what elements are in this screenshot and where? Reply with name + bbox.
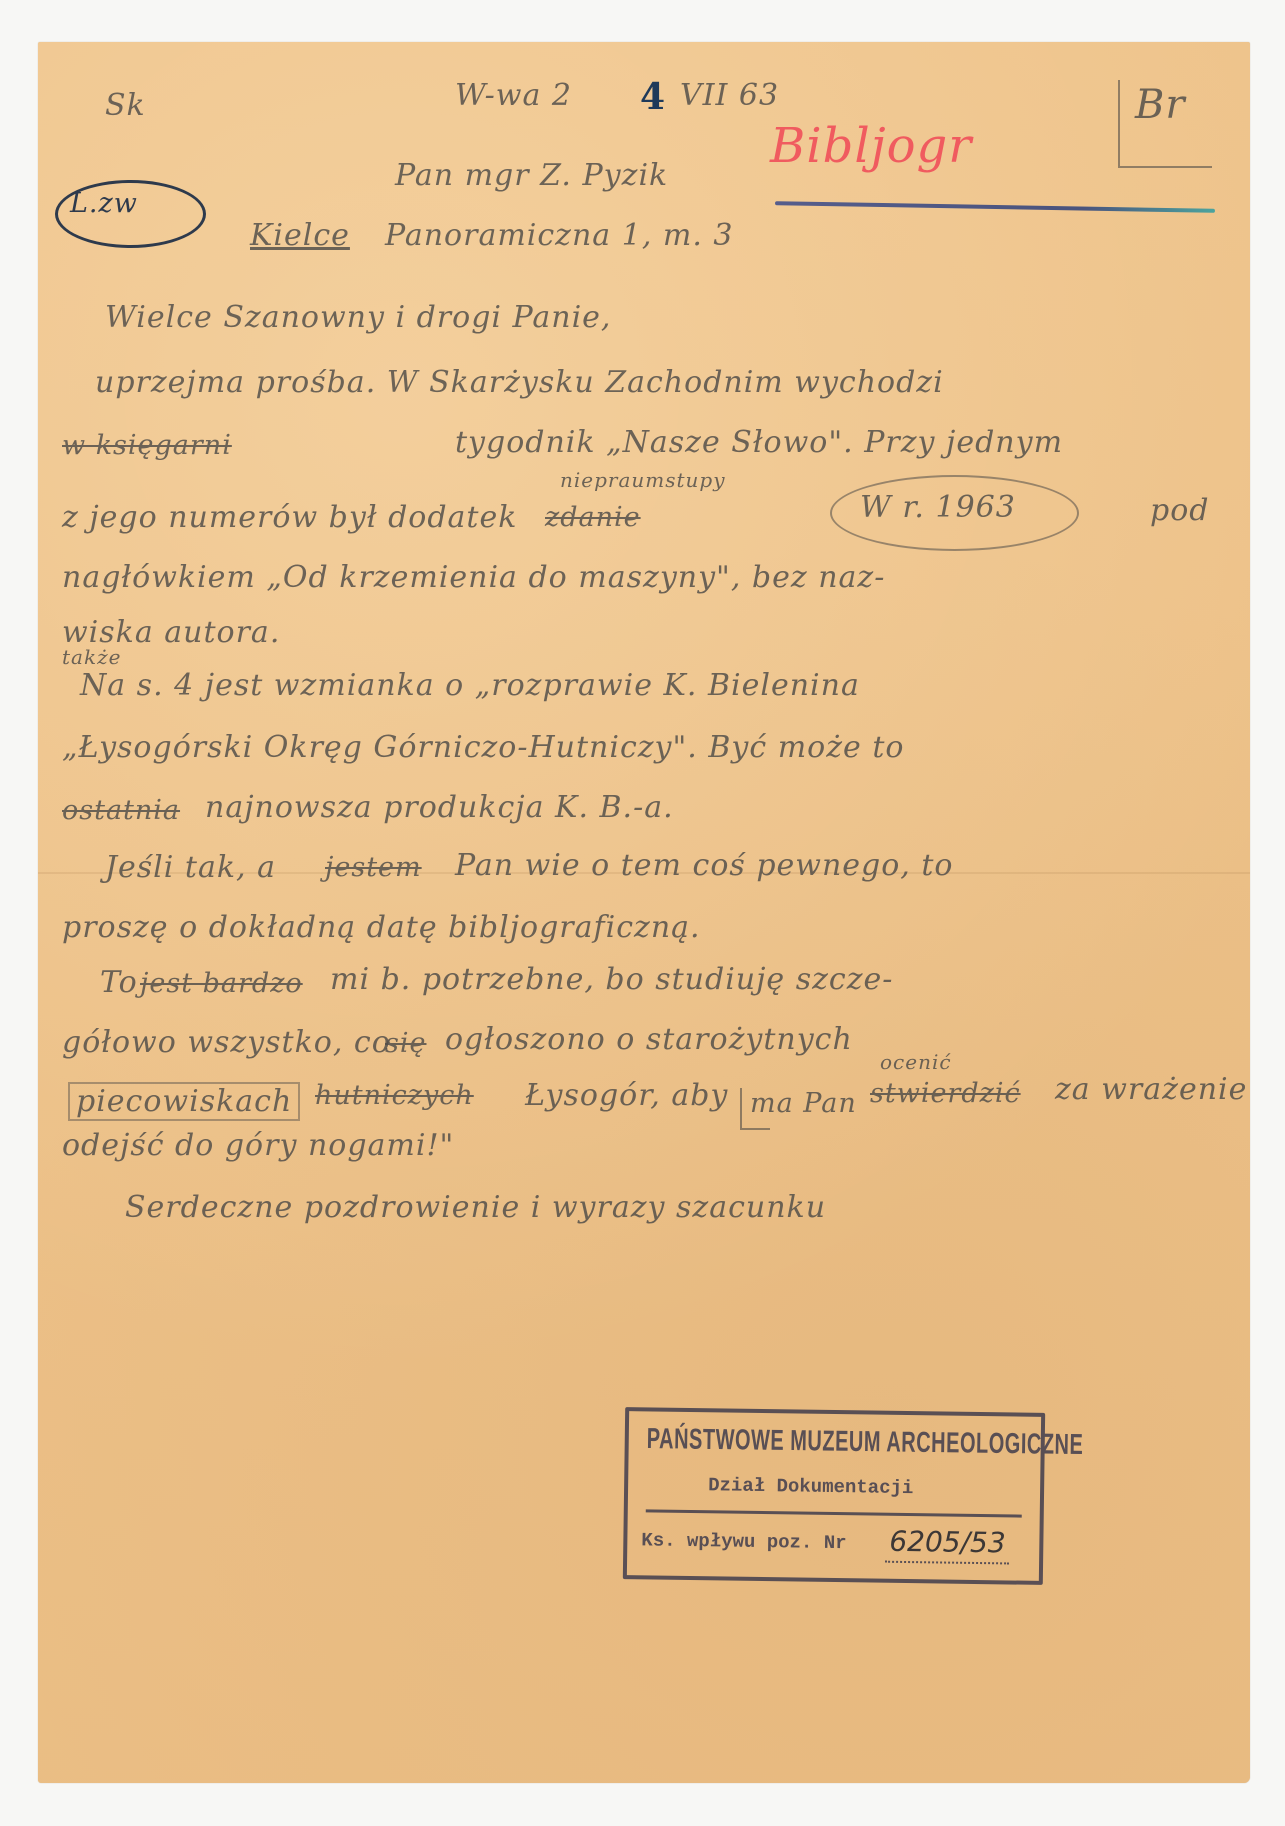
body-line-3-end: pod [1150, 493, 1209, 528]
insertion-bracket-horizontal [740, 1128, 770, 1130]
body-line-9-struck: jestem [325, 852, 422, 883]
insertion-bracket-vertical [740, 1088, 742, 1128]
body-line-9-end: Pan wie o tem coś pewnego, to [455, 848, 954, 883]
closing: Serdeczne pozdrowienie i wyrazy szacunku [125, 1190, 826, 1225]
stamp-entry-label: Ks. wpływu poz. Nr [641, 1529, 847, 1554]
corner-mark-left: Sk [105, 88, 146, 123]
body-line-11-start: To [100, 965, 138, 1000]
stamp-museum-name: PAŃSTWOWE MUZEUM ARCHEOLOGICZNE [647, 1423, 1084, 1462]
date-day-ink-correction: 4 [640, 76, 666, 118]
body-line-13-struck-2: stwierdzić [870, 1078, 1021, 1109]
corner-mark-right: Br [1135, 82, 1186, 128]
body-line-3-circled-year: W r. 1963 [860, 490, 1016, 525]
body-line-3-insertion: niepraumstupy [560, 468, 726, 492]
body-line-2: tygodnik „Nasze Słowo". Przy jednym [455, 425, 1063, 460]
date-place: W-wa 2 [455, 78, 572, 113]
stamp-dotted-line [885, 1561, 1009, 1565]
body-line-6: Na s. 4 jest wzmianka o „rozprawie K. Bi… [80, 668, 860, 703]
body-line-11-struck: jest bardzo [140, 968, 303, 999]
body-line-4: nagłówkiem „Od krzemienia do maszyny", b… [62, 560, 885, 595]
body-line-12-start: gółowo wszystko, co [62, 1025, 391, 1060]
address-street: Panoramiczna 1, m. 3 [385, 218, 734, 253]
body-line-7: „Łysogórski Okręg Górniczo-Hutniczy". By… [62, 730, 904, 765]
body-line-13-boxed-word: piecowiskach [68, 1082, 300, 1121]
address-city: Kielce [250, 218, 350, 253]
salutation: Wielce Szanowny i drogi Panie, [105, 300, 611, 335]
addressee-name: Pan mgr Z. Pyzik [395, 158, 668, 193]
stamp-divider [646, 1509, 1022, 1517]
body-line-3: z jego numerów był dodatek [62, 500, 517, 535]
body-line-1: uprzejma prośba. W Skarżysku Zachodnim w… [95, 365, 944, 400]
margin-note-also: także [62, 645, 121, 669]
museum-stamp: PAŃSTWOWE MUZEUM ARCHEOLOGICZNE Dział Do… [623, 1407, 1045, 1585]
body-line-13-end: za wrażenie [1055, 1072, 1247, 1107]
circled-mark-text: L.zw [70, 188, 138, 219]
body-line-13-struck: hutniczych [315, 1080, 474, 1111]
body-line-14-insertion: ma Pan [750, 1088, 857, 1119]
body-line-12-struck: się [385, 1028, 426, 1059]
body-line-13-mid: Łysogór, aby [525, 1078, 728, 1113]
red-annotation-bibliography: Bibljogr [770, 118, 972, 174]
body-line-14: odejść do góry nogami!" [62, 1128, 454, 1163]
br-box-vertical-line [1118, 80, 1120, 168]
body-line-8-struck: ostatnia [62, 795, 180, 826]
body-line-11-end: mi b. potrzebne, bo studiuję szcze- [330, 962, 893, 997]
br-box-horizontal-line [1120, 166, 1212, 168]
body-line-10: proszę o dokładną datę bibljograficzną. [62, 910, 701, 945]
body-line-8: najnowsza produkcja K. B.-a. [205, 790, 674, 825]
body-line-9-start: Jeśli tak, a [105, 850, 276, 885]
stamp-entry-number: 6205/53 [889, 1525, 1006, 1560]
date-month-year: VII 63 [680, 78, 779, 113]
stamp-department: Dział Dokumentacji [708, 1474, 914, 1499]
body-line-12-end: ogłoszono o starożytnych [445, 1022, 853, 1057]
body-line-2-struck: w księgarni [62, 430, 232, 461]
body-line-3-struck: zdanie [545, 502, 641, 533]
body-line-13-insertion: ocenić [880, 1050, 952, 1074]
